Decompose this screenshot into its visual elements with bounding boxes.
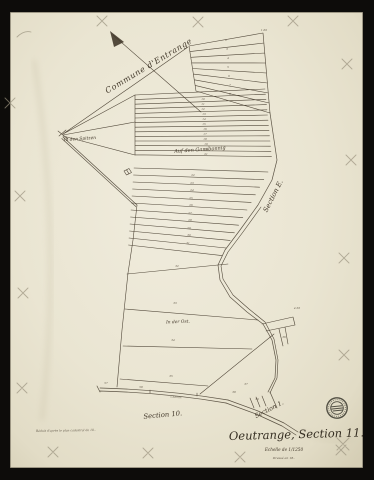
parcel-number: 36: [282, 335, 286, 339]
parcel-number: 28: [187, 218, 192, 222]
parcel-number: 57: [104, 381, 108, 385]
parcel-number: 5: [227, 65, 229, 69]
parcel-number: 13: [202, 112, 206, 116]
paper-sheet: [11, 13, 363, 468]
parcel-number: 18: [203, 137, 207, 141]
parcel-number: 37: [244, 382, 248, 386]
parcel-number: 14: [202, 117, 206, 121]
scale-note: Echelle de 1/1250: [264, 447, 304, 452]
parcel-number: 30: [187, 233, 191, 237]
parcel-number: 32: [175, 264, 179, 268]
parcel-number: 16: [203, 127, 207, 131]
parcel-number: 7: [229, 83, 231, 87]
parcel-number: 4.56: [293, 306, 300, 310]
parcel-number: 17: [203, 132, 207, 136]
parcel-number: 3: [226, 47, 228, 51]
parcel-number: 19: [204, 142, 208, 146]
parcel-number: 2: [224, 38, 227, 42]
parcel-number: 27: [187, 211, 192, 215]
drafting-note: Dressé en 18..: [272, 456, 296, 460]
parcel-number: 10: [201, 97, 205, 101]
parcel-number: 38: [232, 390, 236, 394]
parcel-number: 24: [189, 188, 194, 192]
parcel-number: 33: [173, 301, 177, 305]
parcel-number: 34: [171, 338, 175, 342]
parcel-number: 22: [190, 173, 195, 177]
parcel-number: 4: [226, 56, 229, 60]
scanned-cadastral-map-photo: 1.60234567810111213141516171819202122232…: [0, 0, 374, 480]
parcel-number: 25: [188, 196, 193, 200]
parcel-number: 1.60: [261, 28, 267, 32]
road-label: Chemin: [170, 395, 181, 400]
map-canvas: 1.60234567810111213141516171819202122232…: [0, 0, 374, 480]
parcel-number: 11: [201, 102, 205, 106]
parcel-number: 8: [229, 92, 231, 96]
parcel-number: 58: [139, 385, 143, 389]
parcel-number: 31: [186, 241, 190, 245]
parcel-number: 12: [201, 107, 205, 111]
parcel-number: 35: [169, 374, 173, 378]
parcel-number: 29: [186, 226, 191, 230]
parcel-number: 15: [202, 122, 206, 126]
parcel-number: 39: [255, 397, 259, 401]
lieu-dit-ost-label: In der Ost.: [165, 320, 190, 326]
parcel-number: 6: [228, 74, 230, 78]
parcel-number: 26: [188, 203, 193, 207]
parcel-number: 23: [189, 181, 194, 185]
